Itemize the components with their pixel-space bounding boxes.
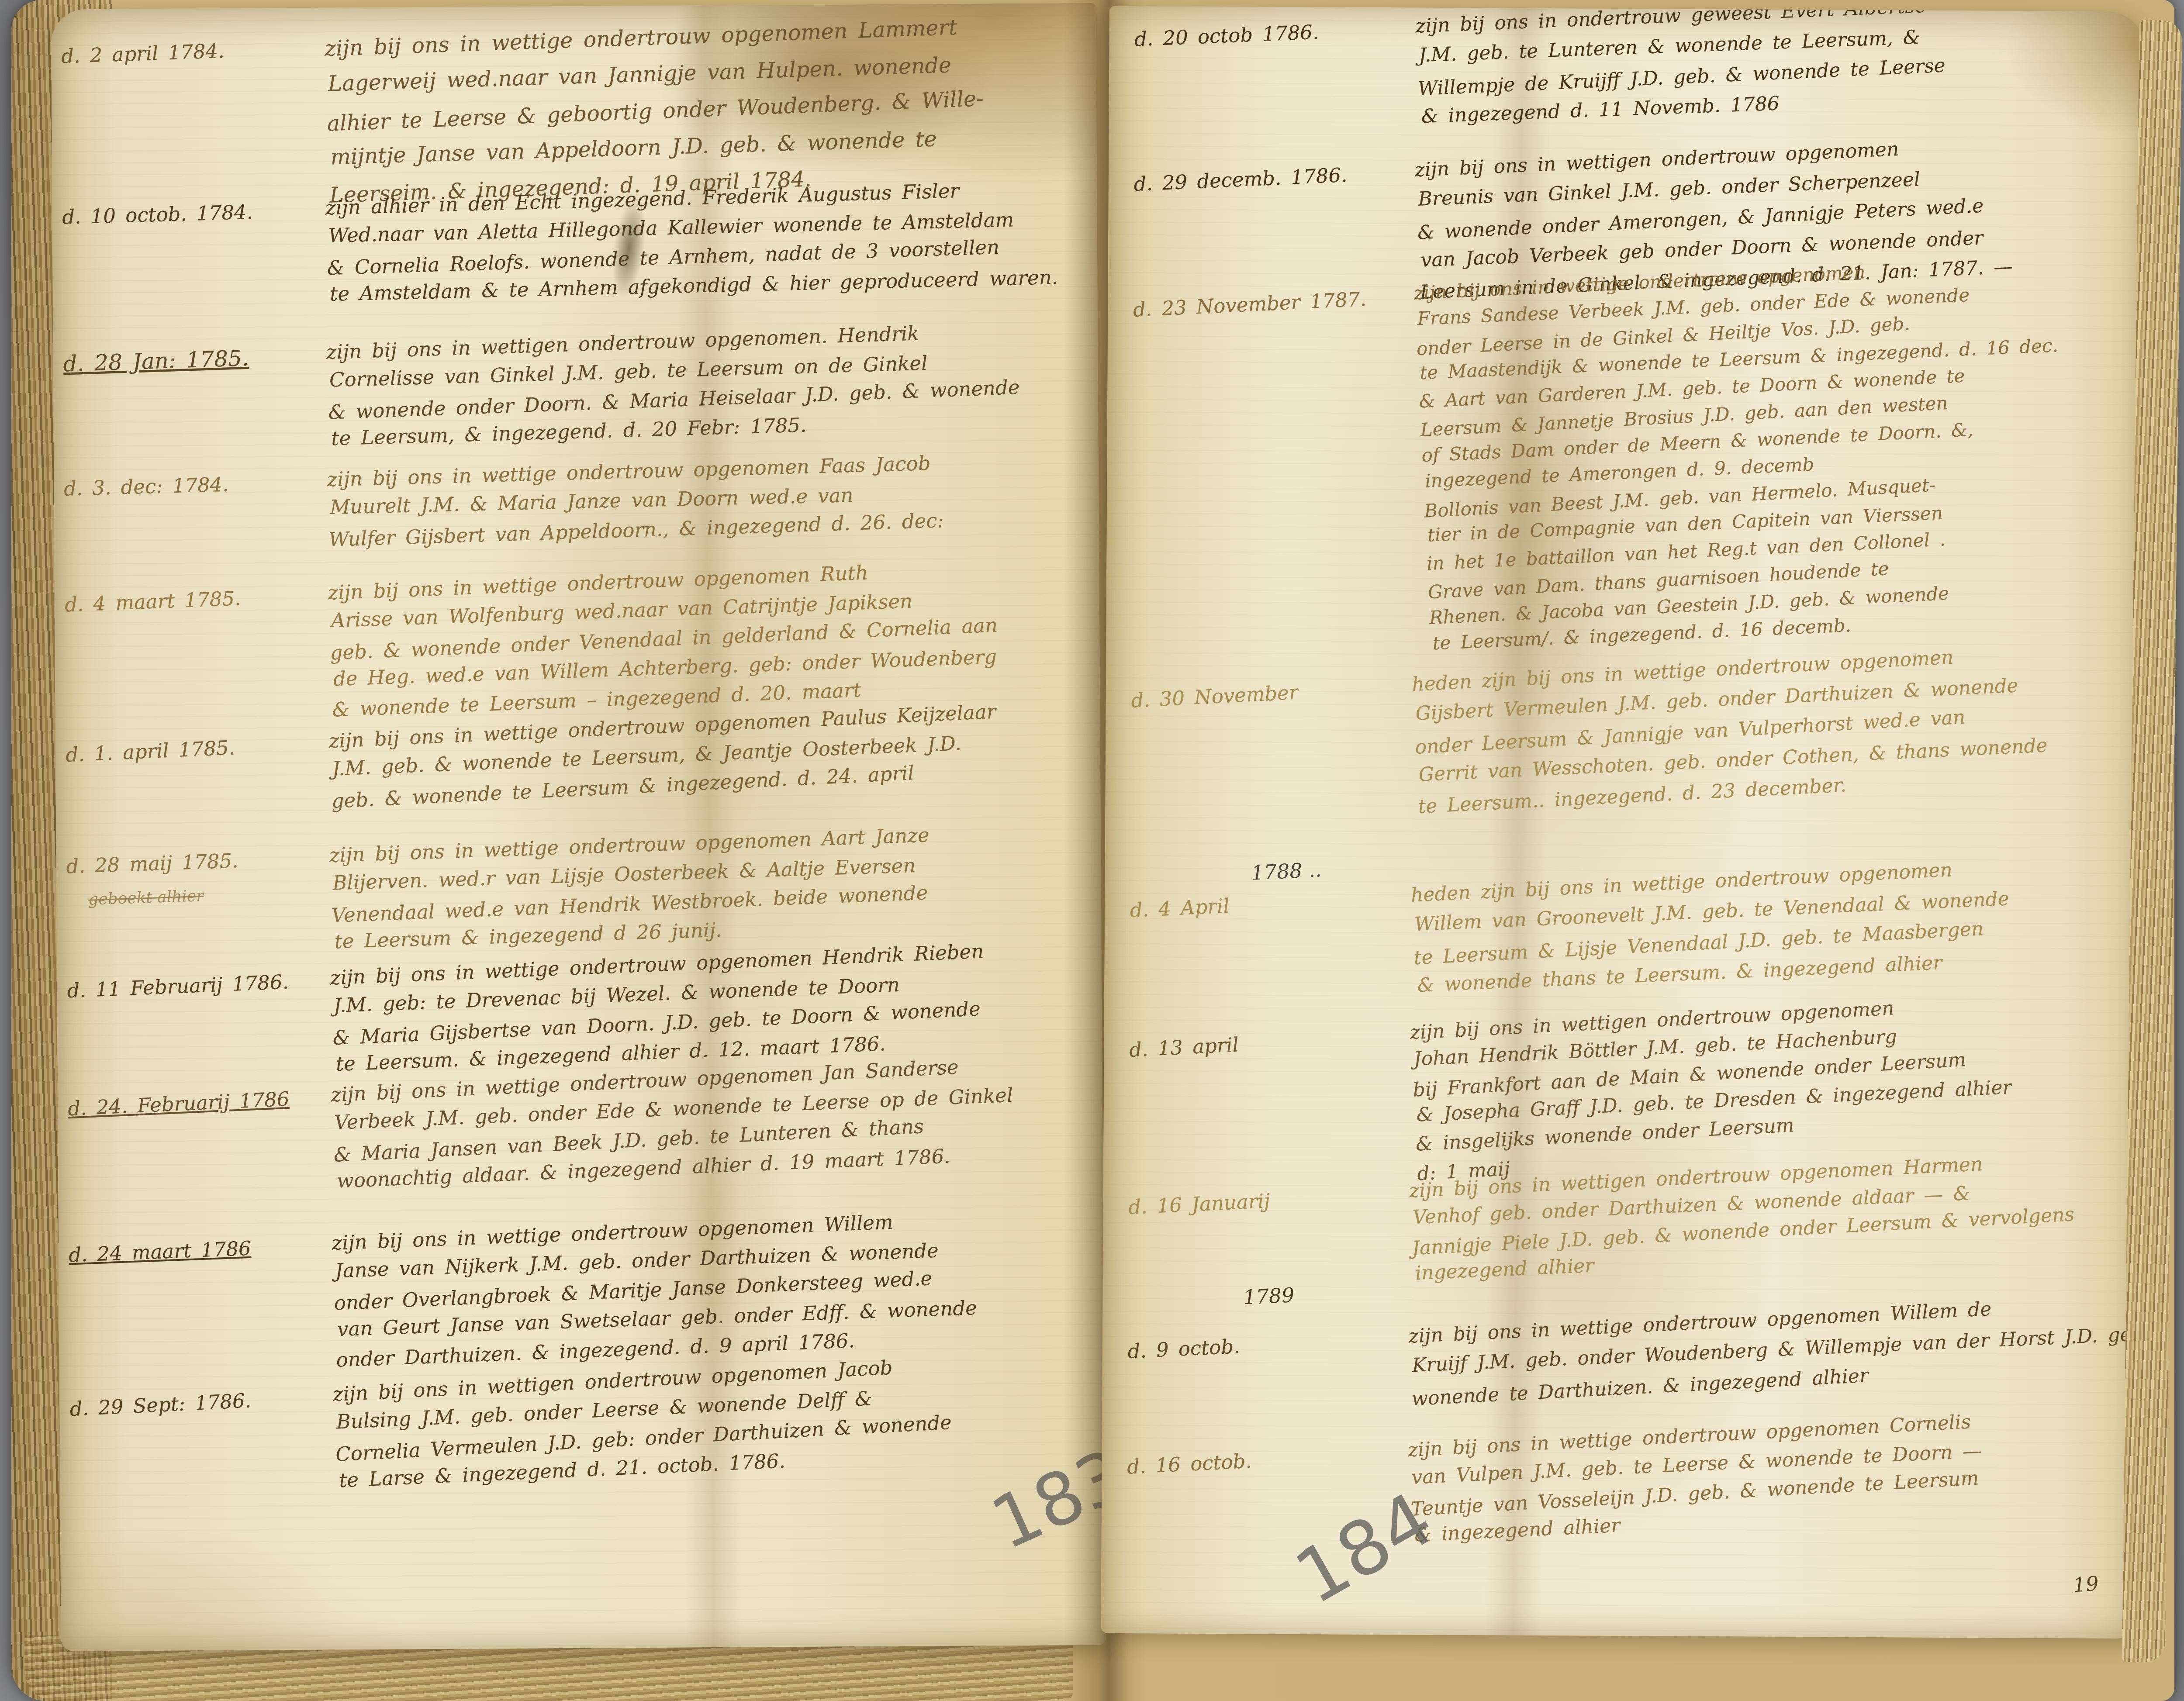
entry-margin-date: d. 9 octob. [1127, 1328, 1390, 1363]
register-entry: d. 28 Jan: 1785.zijn bij ons in wettigen… [53, 313, 1097, 346]
entry-margin-date: d. 11 Februarij 1786. [67, 969, 330, 1003]
left-page-entries: d. 2 april 1784.zijn bij ons in wettige … [51, 3, 1106, 1652]
entry-margin-date: d. 1. april 1785. [65, 732, 328, 767]
register-entry: d. 2 april 1784.zijn bij ons in wettige … [51, 4, 1095, 40]
entry-margin-date: d. 2 april 1784. [61, 36, 323, 68]
entry-margin-date: d. 4 maart 1785. [64, 583, 327, 616]
entry-text: zijn bij ons in wettige ondertrouw opgen… [327, 444, 1091, 552]
entry-margin-date: d. 16 Januarij [1128, 1183, 1391, 1219]
register-entry: d. 3. dec: 1784.zijn bij ons in wettige … [54, 444, 1098, 473]
right-page-entries: d. 20 octob 1786.zijn bij ons in ondertr… [1101, 6, 2144, 1639]
entry-struck-note: geboekt alhier [88, 887, 204, 909]
entry-text: zijn bij ons in wettigen ondertrouw opge… [326, 313, 1092, 455]
entry-text: zijn alhier in den Echt ingezegend. Fred… [325, 173, 1090, 310]
entry-text: zijn bij ons in wettige ondertrouw opgen… [1407, 1400, 2129, 1551]
entry-margin-date: d. 10 octob. 1784. [62, 199, 325, 229]
entry-margin-date: d. 20 octob 1786. [1134, 17, 1397, 51]
entry-margin-date: d. 30 November [1130, 676, 1393, 712]
entry-margin-date: d. 23 November 1787. [1133, 286, 1396, 321]
entry-text: heden zijn bij ons in wettige ondertrouw… [1410, 847, 2131, 1003]
register-page-right: d. 20 octob 1786.zijn bij ons in ondertr… [1101, 6, 2144, 1639]
entry-margin-date: d. 29 decemb. 1786. [1133, 161, 1396, 196]
entry-margin-date: d. 13 april [1129, 1025, 1392, 1062]
entry-margin-date: d. 3. dec: 1784. [63, 470, 326, 500]
entry-margin-date: d. 28 maij 1785. [66, 846, 328, 878]
register-entry: d. 4 maart 1785.zijn bij ons in wettige … [55, 549, 1099, 589]
entry-text: zijn bij ons in wettige ondertrouw opgen… [1408, 1288, 2128, 1413]
register-page-left: d. 2 april 1784.zijn bij ons in wettige … [51, 3, 1106, 1652]
entry-margin-date: d. 4 April [1130, 887, 1393, 922]
entry-margin-date: d. 24. Februarij 1786 [67, 1086, 330, 1121]
entry-margin-date: d. 28 Jan: 1785. [63, 343, 326, 376]
entry-margin-date: d. 29 Sept: 1786. [69, 1385, 332, 1421]
register-entry: d. 28 maij 1785.geboekt alhierzijn bij o… [56, 814, 1100, 850]
entry-margin-date: d. 24 maart 1786 [68, 1234, 331, 1266]
ink-folio-number: 19 [2072, 1572, 2099, 1597]
margin-year-1788: 1788 .. [1251, 858, 1322, 885]
register-entry: d. 24 maart 1786zijn bij ons in wettige … [59, 1200, 1102, 1239]
register-entry: d. 29 decemb. 1786.zijn bij ons in wetti… [1109, 123, 2143, 168]
entry-text: zijn bij ons in ondertrouw geweest Evert… [1415, 6, 2136, 134]
entry-text: zijn bij ons in wettige ondertrouw opgen… [1413, 246, 2145, 659]
margin-year-1789: 1789 [1243, 1283, 1295, 1309]
manuscript-scan: d. 2 april 1784.zijn bij ons in wettige … [0, 0, 2184, 1701]
register-entry: d. 16 octob.zijn bij ons in wettige onde… [1102, 1399, 2136, 1452]
entry-margin-date: d. 16 octob. [1127, 1442, 1389, 1479]
entry-text: heden zijn bij ons in wettige ondertrouw… [1411, 633, 2135, 822]
